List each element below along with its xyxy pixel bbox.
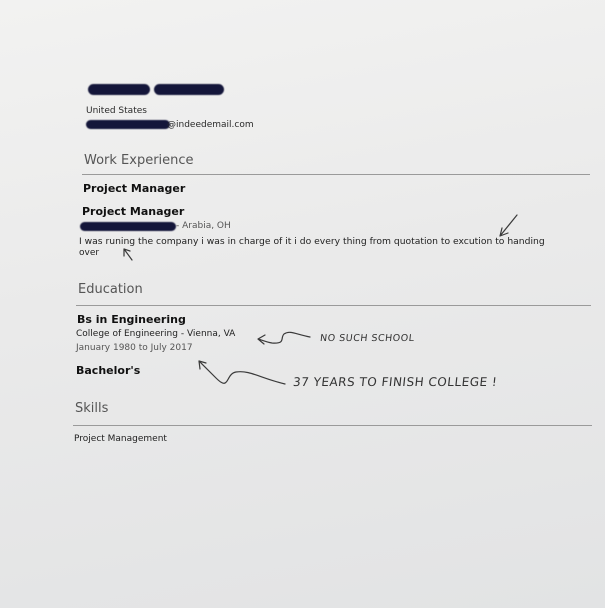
annotation-no-such-school: NO SUCH SCHOOL <box>319 333 415 344</box>
section-title-education: Education <box>78 282 143 297</box>
job-title: Project Manager <box>82 205 184 218</box>
divider <box>82 174 590 175</box>
degree-level: Bachelor's <box>76 364 140 377</box>
desired-job-title: Project Manager <box>83 182 185 195</box>
job-description-line1: I was runing the company i was in charge… <box>79 236 545 247</box>
education-dates: January 1980 to July 2017 <box>76 343 193 353</box>
country: United States <box>86 106 147 116</box>
divider <box>76 305 591 306</box>
redacted-name-last <box>154 84 224 95</box>
divider <box>73 425 592 426</box>
email-domain: @indeedemail.com <box>167 120 254 130</box>
arrow-icon <box>258 332 310 344</box>
annotation-37-years: 37 YEARS TO FINISH COLLEGE ! <box>292 375 498 389</box>
arrow-icon <box>199 361 285 384</box>
arrow-icon <box>124 249 132 260</box>
skill-item: Project Management <box>74 434 167 444</box>
redacted-name-first <box>88 84 150 95</box>
section-title-skills: Skills <box>75 401 108 416</box>
degree-title: Bs in Engineering <box>77 313 186 326</box>
redacted-company <box>80 222 176 231</box>
redacted-email-user <box>86 120 170 129</box>
section-title-work: Work Experience <box>84 153 194 168</box>
school-name: College of Engineering - Vienna, VA <box>76 329 235 339</box>
arrow-icon <box>500 215 517 236</box>
job-description-line2: over <box>79 248 99 258</box>
job-location: - Arabia, OH <box>176 221 231 231</box>
